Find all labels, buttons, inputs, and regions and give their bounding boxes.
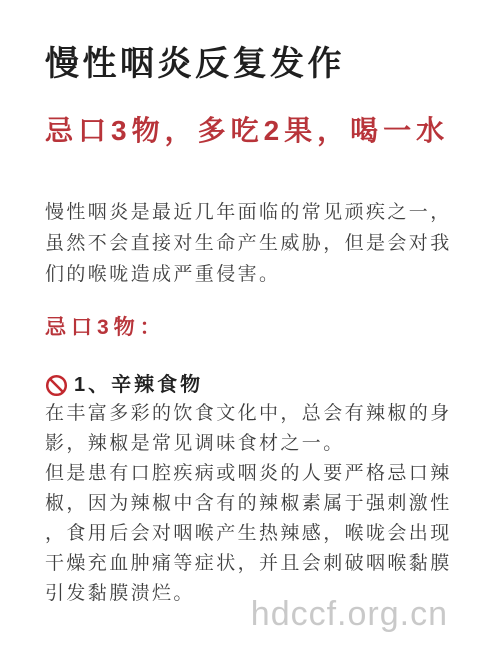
item1-line: 但是患有口腔疾病或咽炎的人要严格忌口辣 [45,459,456,489]
no-entry-icon [45,374,68,397]
item1-line: 在丰富多彩的饮食文化中，总会有辣椒的身 [45,399,456,429]
item1-body: 在丰富多彩的饮食文化中，总会有辣椒的身 影，辣椒是常见调味食材之一。 但是患有口… [45,399,456,609]
intro-line: 慢性咽炎是最近几年面临的常见顽疾之一， [45,197,456,228]
item1-line: 干燥充血肿痛等症状，并且会刺破咽喉黏膜 [45,549,456,579]
item1-line: 影，辣椒是常见调味食材之一。 [45,429,456,459]
item1-line: ，食用后会对咽喉产生热辣感，喉咙会出现 [45,519,456,549]
watermark: hdccf.org.cn [251,596,448,632]
article-subtitle: 忌口3物，多吃2果，喝一水 [45,114,456,148]
article-page: 慢性咽炎反复发作 忌口3物，多吃2果，喝一水 慢性咽炎是最近几年面临的常见顽疾之… [0,0,500,653]
item1-heading: 1、辛辣食物 [45,371,456,399]
intro-line: 虽然不会直接对生命产生威胁，但是会对我 [45,228,456,259]
intro-line: 们的喉咙造成严重侵害。 [45,259,456,290]
item1-heading-label: 1、辛辣食物 [74,371,203,399]
section-heading-taboo-foods: 忌口3物： [45,315,456,341]
article-title: 慢性咽炎反复发作 [45,44,456,84]
intro-paragraph: 慢性咽炎是最近几年面临的常见顽疾之一， 虽然不会直接对生命产生威胁，但是会对我 … [45,197,456,290]
item1-line: 椒，因为辣椒中含有的辣椒素属于强刺激性 [45,489,456,519]
